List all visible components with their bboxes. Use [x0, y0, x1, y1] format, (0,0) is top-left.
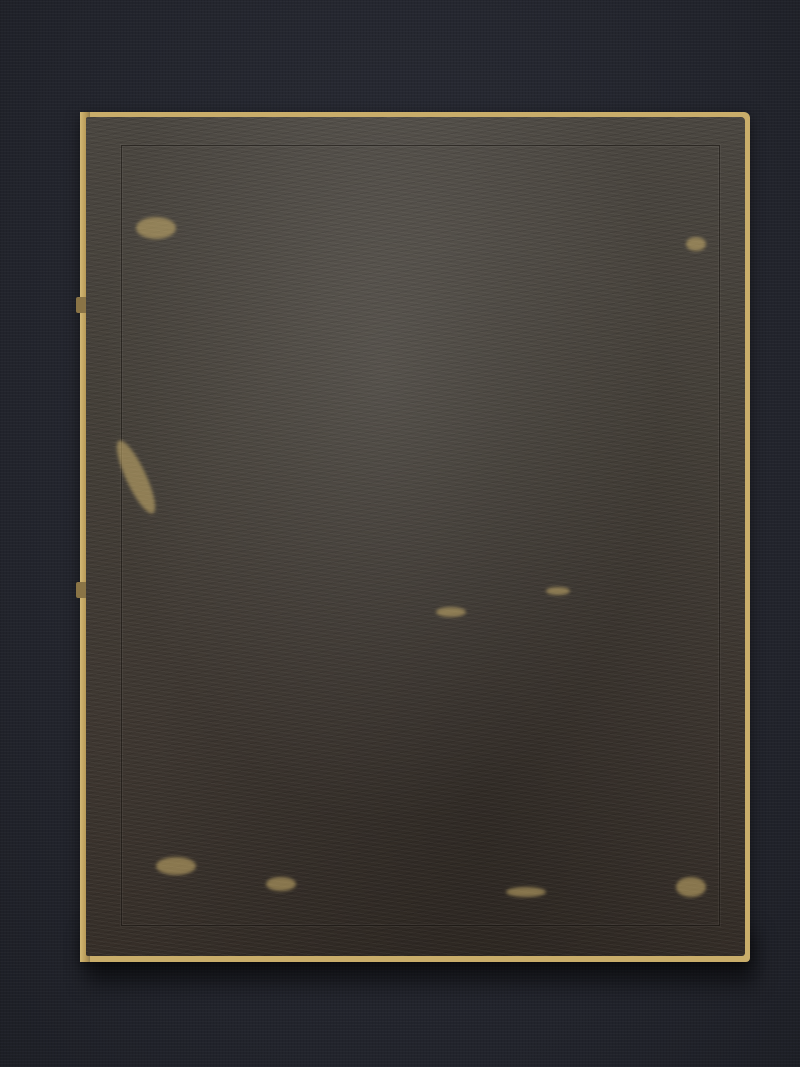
- leather-panel: [86, 117, 745, 956]
- wear-mark: [506, 887, 546, 897]
- wear-mark: [676, 877, 706, 897]
- wear-mark: [436, 607, 466, 617]
- wear-mark: [686, 237, 706, 251]
- wear-mark: [156, 857, 196, 875]
- book-cover: [80, 112, 750, 962]
- blind-tooled-border: [121, 145, 720, 926]
- wear-mark: [266, 877, 296, 891]
- wear-mark: [136, 217, 176, 239]
- wear-mark: [546, 587, 570, 595]
